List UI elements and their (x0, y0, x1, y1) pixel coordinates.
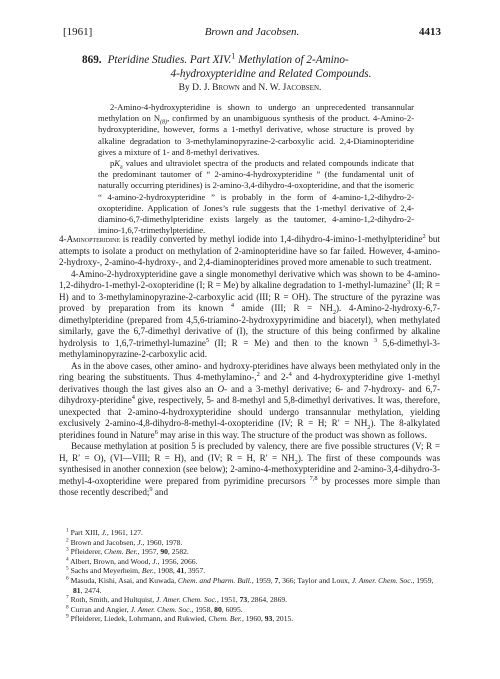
journal-page: [1961] Brown and Jacobsen. 4413 869.Pter… (0, 0, 500, 679)
body-paragraph-3: As in the above cases, other amino- and … (59, 361, 440, 442)
footnote: 2 Brown and Jacobsen, J., 1960, 1978. (59, 538, 440, 548)
abstract: 2-Amino-4-hydroxypteridine is shown to u… (98, 102, 414, 236)
page-number: 4413 (419, 26, 441, 38)
author-1-surname: Brown (212, 83, 240, 93)
title-line-2: 4-hydroxypteridine and Related Compounds… (82, 67, 432, 81)
article-body: 4-Aminopteridine is readily converted by… (59, 234, 440, 499)
body-paragraph-1: 4-Aminopteridine is readily converted by… (59, 234, 440, 269)
footnote: 6 Masuda, Kishi, Asai, and Kuwada, Chem.… (59, 576, 440, 595)
byline-and: and (242, 83, 256, 93)
author-2-initials: N. W. (258, 83, 280, 93)
article-title: 869.Pteridine Studies. Part XIV.1 Methyl… (82, 53, 432, 81)
running-head: [1961] Brown and Jacobsen. 4413 (63, 26, 441, 40)
footnote: 5 Sachs and Meyerheim, Ber., 1908, 41, 3… (59, 566, 440, 576)
footnotes: 1 Part XIII, J., 1961, 127. 2 Brown and … (59, 528, 440, 624)
footnote: 3 Pfleiderer, Chem. Ber., 1957, 90, 2582… (59, 547, 440, 557)
running-head-authors: Brown and Jacobsen. (63, 26, 441, 38)
body-paragraph-2: 4-Amino-2-hydroxypteridine gave a single… (59, 269, 440, 361)
title-line-1-rest: Methylation of 2-Amino- (235, 54, 348, 66)
abstract-paragraph-2: pKa values and ultraviolet spectra of th… (98, 158, 414, 236)
footnote: 9 Pfleiderer, Liedek, Lohrmann, and Rukw… (59, 614, 440, 624)
footnote: 4 Albert, Brown, and Wood, J., 1956, 206… (59, 557, 440, 567)
author-2-surname: Jacobsen. (283, 83, 322, 93)
footnote: 1 Part XIII, J., 1961, 127. (59, 528, 440, 538)
title-line-1: Pteridine Studies. Part XIV. (108, 54, 232, 66)
byline: By D. J. Brown and N. W. Jacobsen. (0, 83, 500, 93)
body-paragraph-4: Because methylation at position 5 is pre… (59, 441, 440, 499)
byline-by: By (179, 83, 190, 93)
footnote: 7 Roth, Smith, and Hultquist, J. Amer. C… (59, 595, 440, 605)
article-number: 869. (82, 54, 102, 66)
footnote: 8 Curran and Angier, J. Amer. Chem. Soc.… (59, 605, 440, 615)
author-1-initials: D. J. (192, 83, 210, 93)
abstract-paragraph-1: 2-Amino-4-hydroxypteridine is shown to u… (98, 102, 414, 158)
